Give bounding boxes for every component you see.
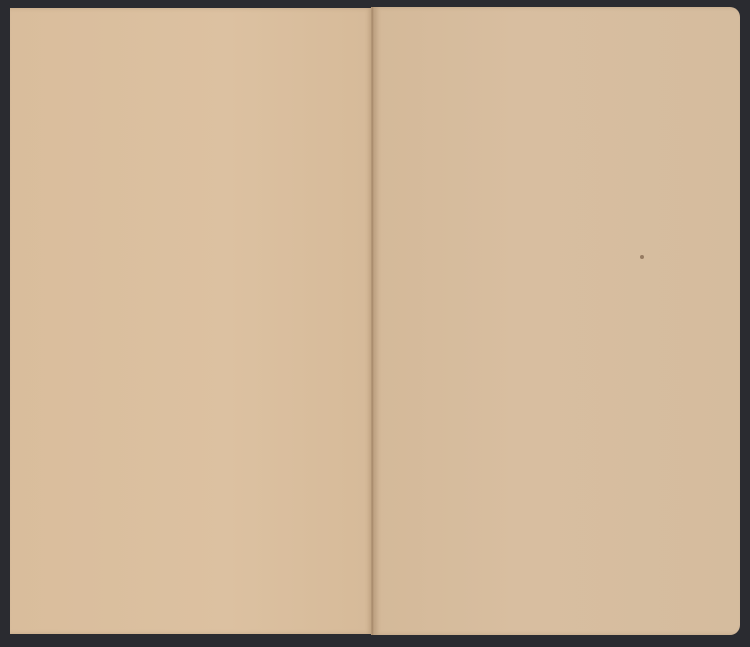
right-page <box>374 7 740 635</box>
paper-blemish <box>640 255 644 259</box>
left-page <box>10 8 372 634</box>
book-scan <box>0 0 750 647</box>
